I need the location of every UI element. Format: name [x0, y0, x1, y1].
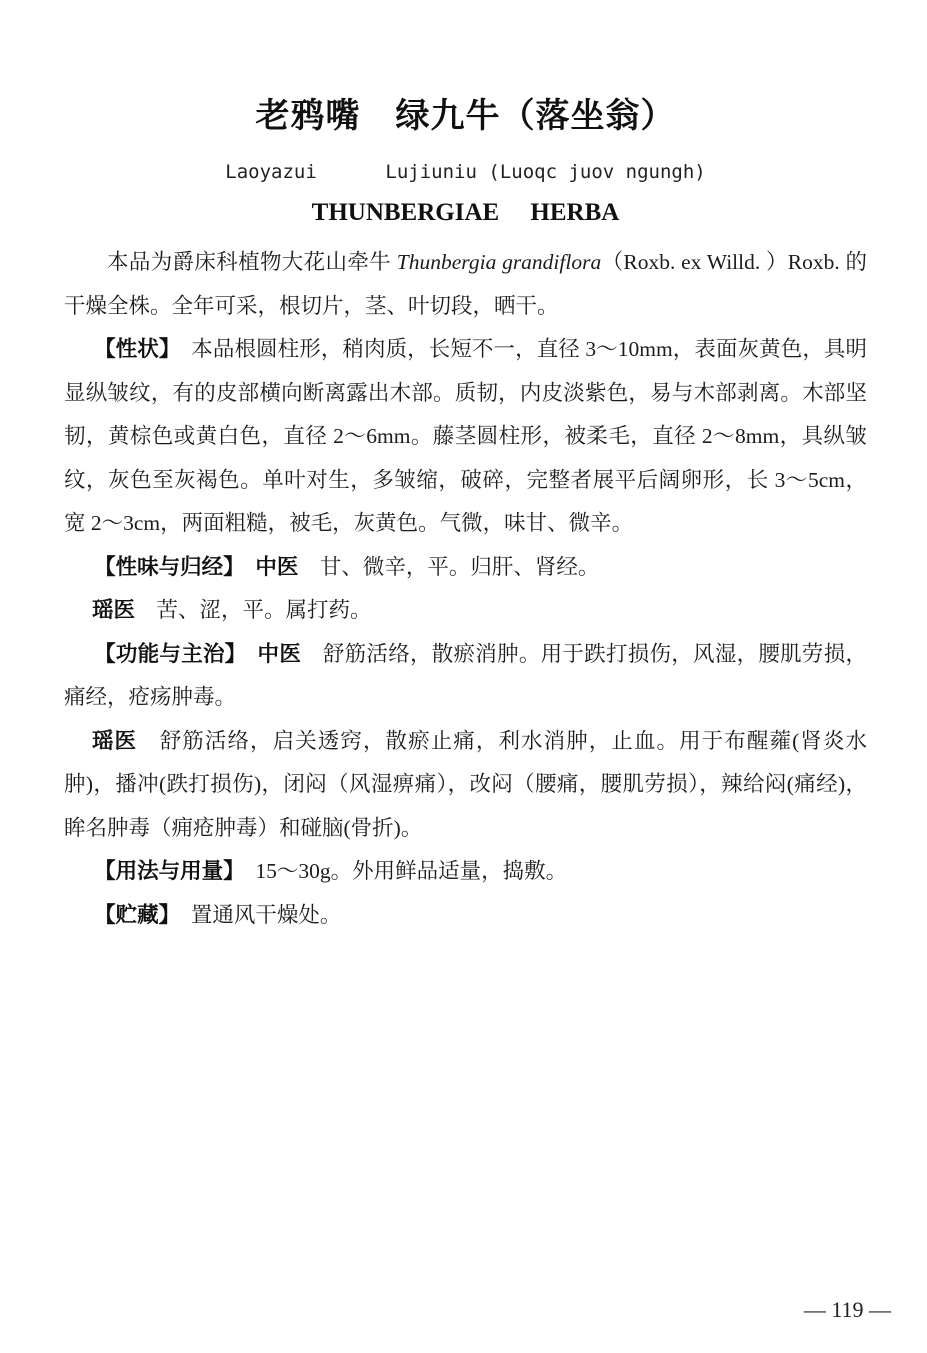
paragraph-source: 本品为爵床科植物大花山牵牛 Thunbergia grandiflora（Rox…: [64, 241, 867, 328]
paragraph-properties: 【性状】 本品根圆柱形，稍肉质，长短不一，直径 3～10mm，表面灰黄色，具明显…: [64, 328, 867, 546]
text-segment: Thunbergia grandiflora: [397, 250, 601, 274]
paragraph-storage: 【贮藏】 置通风干燥处。: [64, 894, 867, 938]
paragraph-flavor-yao: 瑶医 苦、涩，平。属打药。: [64, 589, 867, 633]
page-title: 老鸦嘴 绿九牛（落坐翁）: [64, 88, 867, 137]
paragraph-functions-yao: 瑶医 舒筋活络，启关透窍，散瘀止痛，利水消肿，止血。用于布醒蕹(肾炎水肿)，播冲…: [64, 720, 867, 851]
section-label: 【性味与归经】 中医: [94, 555, 298, 579]
section-label: 【功能与主治】 中医: [94, 642, 301, 666]
section-label: 【贮藏】: [94, 903, 169, 927]
text-segment: 甘、微辛，平。归肝、肾经。: [298, 555, 599, 579]
document-body: 本品为爵床科植物大花山牵牛 Thunbergia grandiflora（Rox…: [64, 241, 867, 937]
section-label: 【性状】: [94, 337, 170, 361]
paragraph-functions: 【功能与主治】 中医 舒筋活络，散瘀消肿。用于跌打损伤，风湿，腰肌劳损，痛经，疮…: [64, 633, 867, 720]
latin-drug-name: THUNBERGIAE HERBA: [64, 199, 867, 227]
pinyin-line: Laoyazui Lujiuniu (Luoqc juov ngungh): [64, 161, 867, 183]
text-segment: 本品为爵床科植物大花山牵牛: [107, 250, 397, 274]
text-segment: 苦、涩，平。属打药。: [135, 598, 372, 622]
document-page: 老鸦嘴 绿九牛（落坐翁） Laoyazui Lujiuniu (Luoqc ju…: [0, 0, 927, 937]
page-number: — 119 —: [804, 1297, 891, 1323]
paragraph-dosage: 【用法与用量】 15～30g。外用鲜品适量，捣敷。: [64, 850, 867, 894]
text-segment: 15～30g。外用鲜品适量，捣敷。: [234, 859, 567, 883]
section-label: 【用法与用量】: [94, 859, 234, 883]
text-segment: 置通风干燥处。: [169, 903, 341, 927]
section-label: 瑶医: [92, 729, 137, 753]
text-segment: 本品根圆柱形，稍肉质，长短不一，直径 3～10mm，表面灰黄色，具明显纵皱纹，有…: [64, 337, 867, 535]
text-segment: 舒筋活络，启关透窍，散瘀止痛，利水消肿，止血。用于布醒蕹(肾炎水肿)，播冲(跌打…: [64, 729, 867, 840]
paragraph-flavor-meridian: 【性味与归经】 中医 甘、微辛，平。归肝、肾经。: [64, 546, 867, 590]
section-label: 瑶医: [92, 598, 135, 622]
